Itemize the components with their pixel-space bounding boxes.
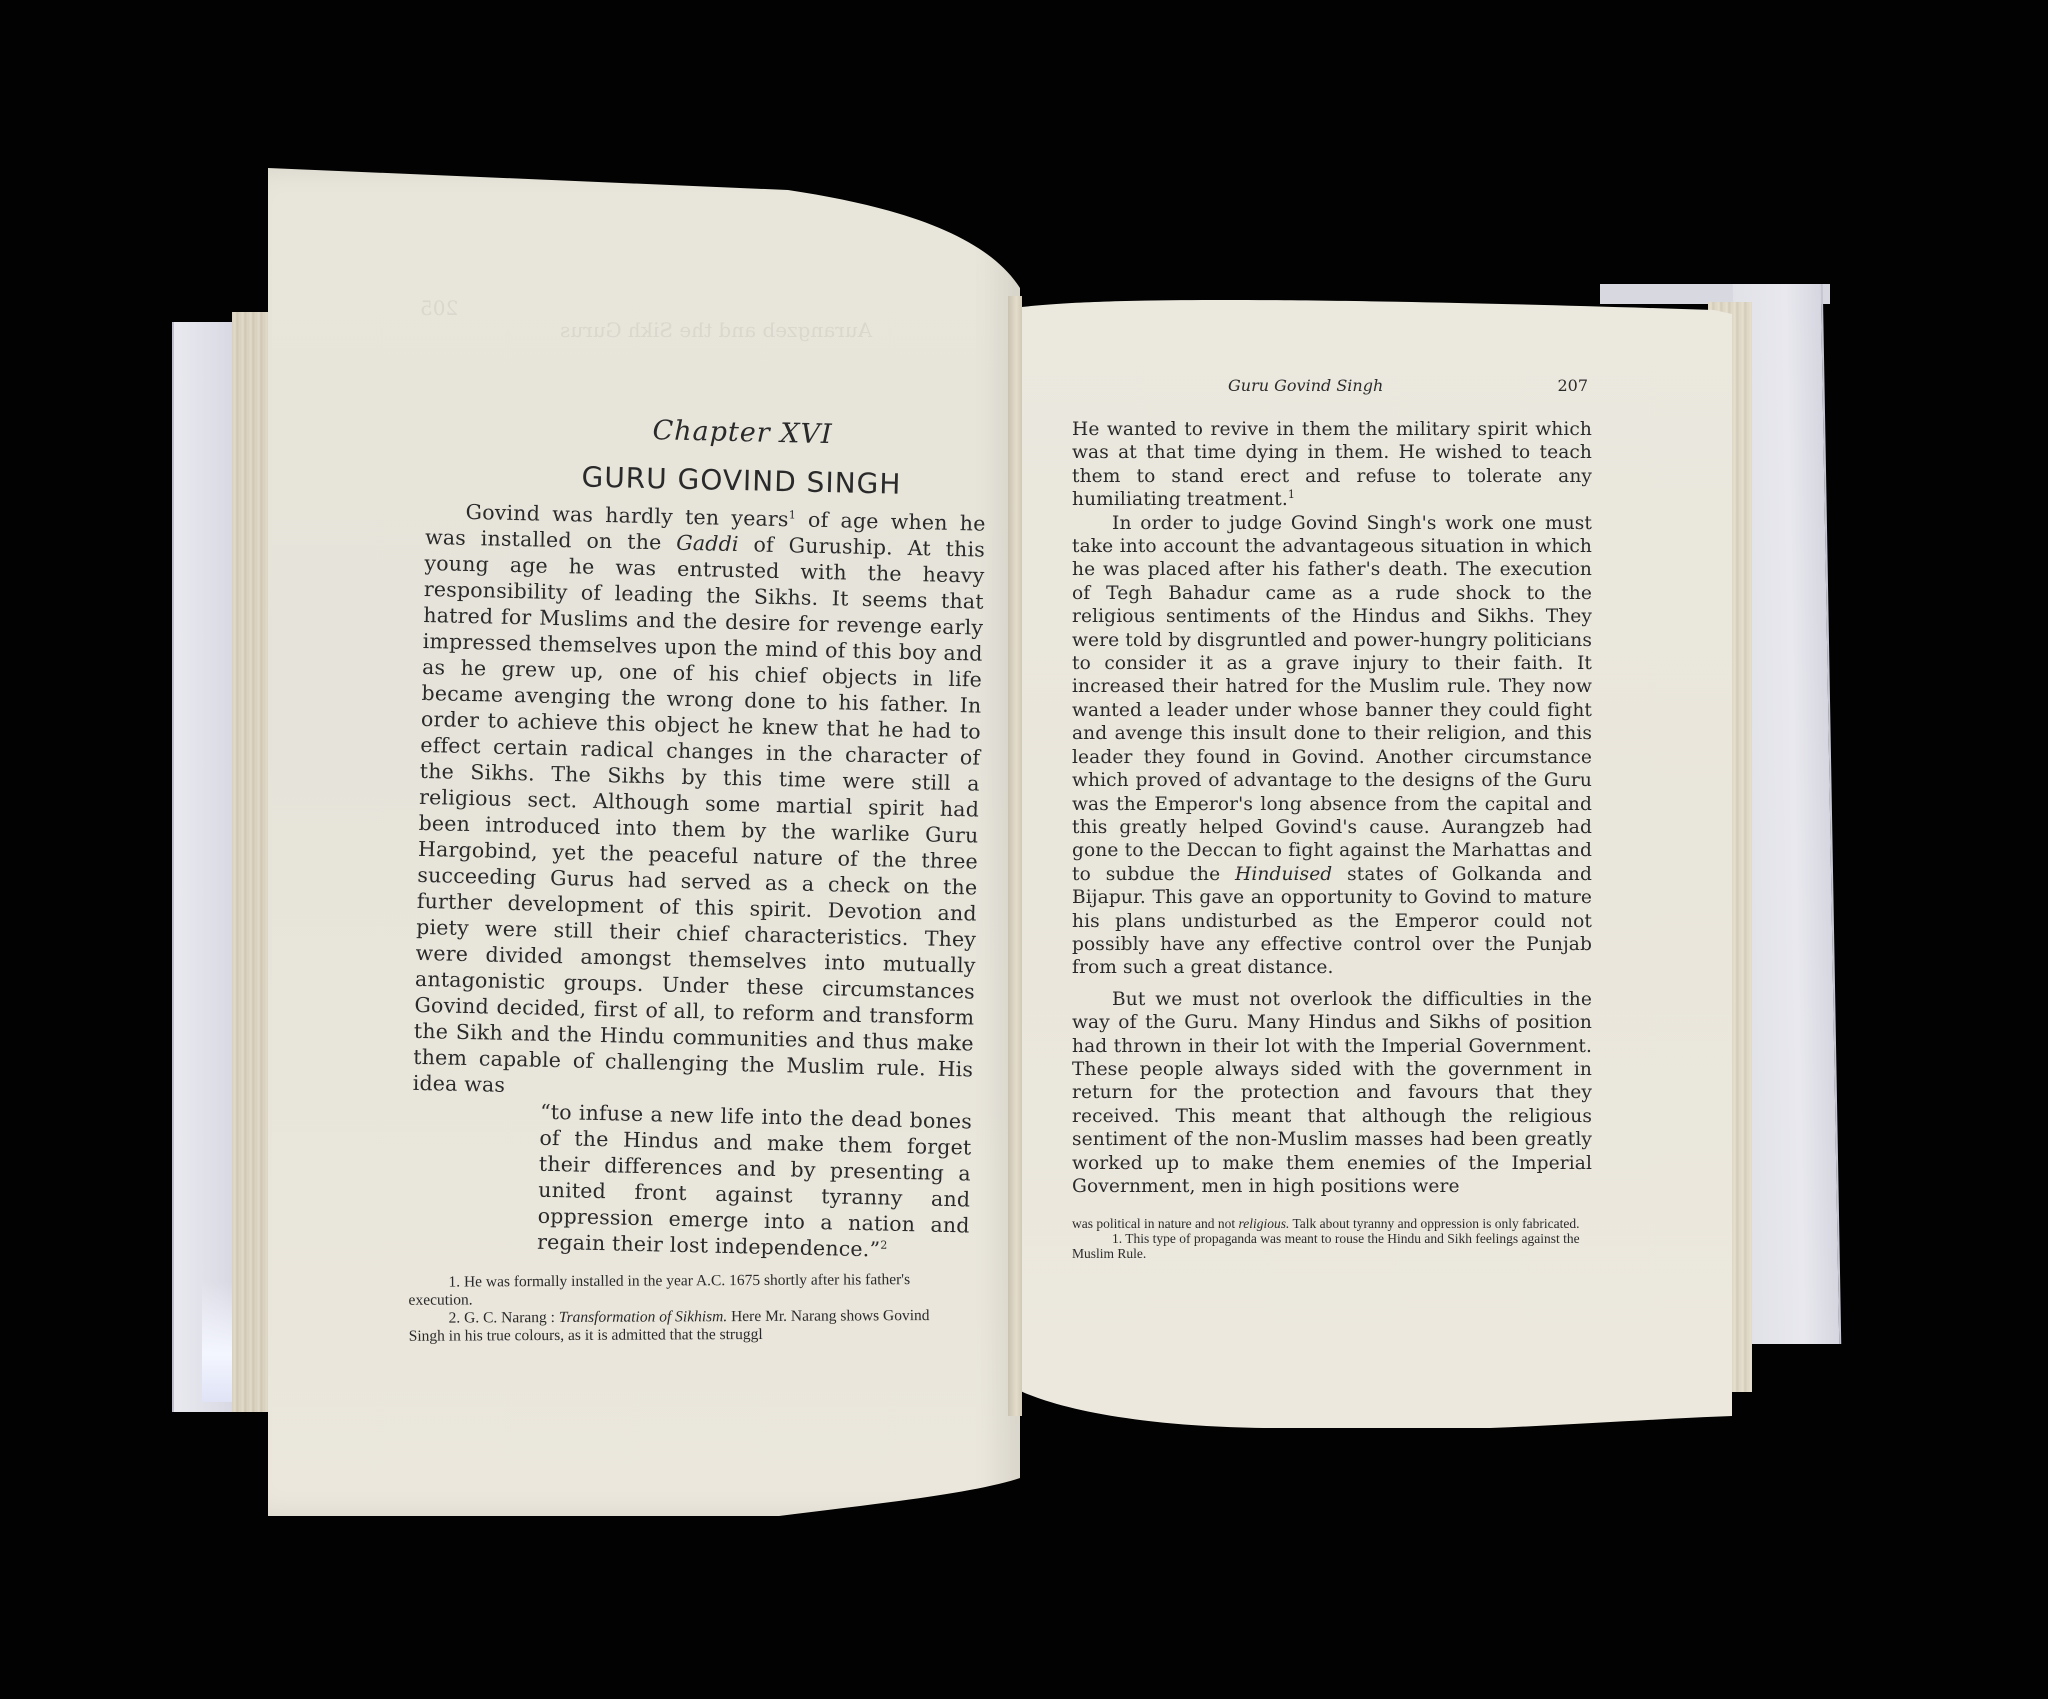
right-page-header: Guru Govind Singh 207 (1228, 376, 1588, 395)
right-paragraph-1: He wanted to revive in them the military… (1072, 418, 1592, 512)
left-footnote-2: 2. G. C. Narang : Transformation of Sikh… (409, 1307, 969, 1346)
right-paragraph-2: In order to judge Govind Singh's work on… (1072, 512, 1592, 980)
book-gutter (1008, 296, 1022, 1416)
left-footnote-1: 1. He was formally installed in the year… (408, 1271, 968, 1310)
left-body: Govind was hardly ten years1 of age when… (409, 498, 986, 1265)
running-title: Guru Govind Singh (1228, 376, 1383, 395)
bleed-through-running-title: Aurangzeb and the Sikh Gurus (560, 318, 872, 342)
right-footnote-continued: was political in nature and not religiou… (1072, 1216, 1592, 1231)
gaddi-term: Gaddi (676, 531, 739, 556)
right-footnote-1: 1. This type of propaganda was meant to … (1072, 1231, 1592, 1261)
footnote-ref-1-right: 1 (1288, 488, 1295, 501)
block-quote: “to infuse a new life into the dead bone… (537, 1099, 972, 1265)
book-photo-scene: 205 Aurangzeb and the Sikh Gurus Chapter… (0, 0, 2048, 1699)
footnote-ref-2: 2 (880, 1239, 887, 1252)
right-body: He wanted to revive in them the military… (1072, 418, 1592, 1198)
right-footnotes: was political in nature and not religiou… (1072, 1216, 1592, 1261)
right-paragraph-3: But we must not overlook the difficultie… (1072, 988, 1592, 1199)
left-footnotes: 1. He was formally installed in the year… (408, 1271, 968, 1346)
bleed-through-page-number: 205 (420, 296, 458, 320)
right-page-content: He wanted to revive in them the military… (1072, 418, 1592, 1261)
hinduised-term: Hinduised (1235, 864, 1332, 885)
left-page-content: Chapter XVI GURU GOVIND SINGH Govind was… (407, 410, 988, 1358)
page-number: 207 (1557, 376, 1588, 395)
left-paragraph-1: Govind was hardly ten years1 of age when… (412, 498, 985, 1109)
chapter-title: GURU GOVIND SINGH (496, 459, 987, 503)
